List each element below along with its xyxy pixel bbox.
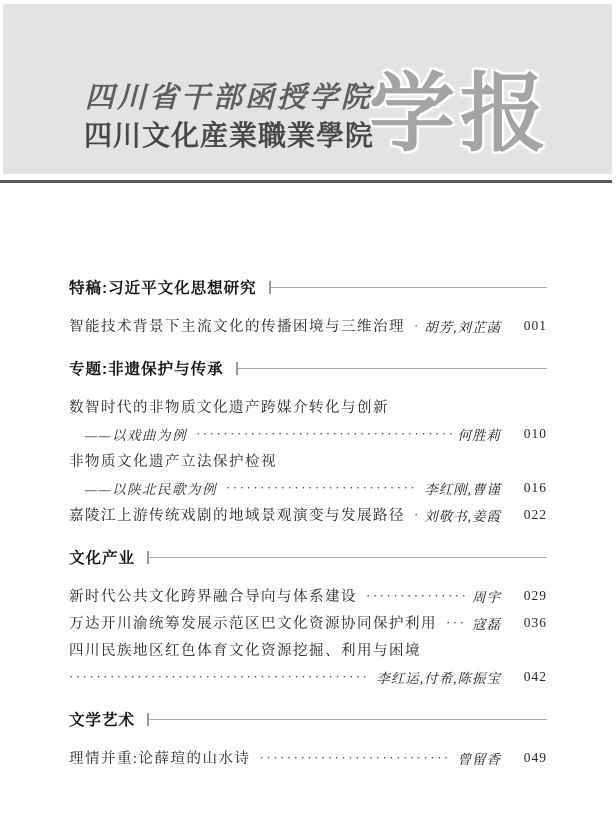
- section-title: 特稿:习近平文化思想研究: [69, 276, 257, 298]
- article-subtitle-line: ——以陕北民歌为例 ······························…: [69, 474, 547, 501]
- section-header: 文学艺术: [69, 708, 547, 730]
- article-row: 智能技术背景下主流文化的传播困境与三维治理 ··················…: [69, 312, 547, 339]
- article-continuation-line: ········································…: [69, 663, 547, 690]
- leader-dots: ········································…: [196, 426, 451, 442]
- article-page-number: 016: [513, 480, 547, 496]
- section-special-feature: 特稿:习近平文化思想研究 智能技术背景下主流文化的传播困境与三维治理 ·····…: [69, 276, 547, 339]
- leader-dots: ········································…: [260, 750, 452, 766]
- section-title: 文学艺术: [69, 708, 135, 730]
- article-authors: 刘敬书,姜霞: [424, 505, 501, 525]
- institution-calligraphy-line2: 四川文化産業職業學院: [81, 118, 377, 155]
- leader-dots: ········································…: [226, 480, 418, 496]
- section-title: 专题:非遗保护与传承: [69, 357, 224, 379]
- article-title: 嘉陵江上游传统戏剧的地域景观演变与发展路径: [69, 504, 405, 525]
- masthead-band: 四川省干部函授学院 四川文化産業職業學院 学报: [3, 4, 612, 174]
- article-row: 四川民族地区红色体育文化资源挖掘、利用与困境 ·················…: [69, 636, 547, 690]
- article-title: 非物质文化遗产立法保护检视: [69, 450, 277, 471]
- article-authors: 胡芳,刘芷菡: [424, 316, 501, 336]
- article-page-number: 029: [513, 588, 547, 604]
- section-literature-art: 文学艺术 理情并重:论薛瑄的山水诗 ······················…: [69, 708, 547, 771]
- table-of-contents: 特稿:习近平文化思想研究 智能技术背景下主流文化的传播困境与三维治理 ·····…: [69, 183, 547, 771]
- article-subtitle: ——以陕北民歌为例: [69, 478, 217, 498]
- section-cultural-industry: 文化产业 新时代公共文化跨界融合导向与体系建设 ················…: [69, 546, 547, 690]
- article-row: 理情并重:论薛瑄的山水诗 ···························…: [69, 744, 547, 771]
- article-page-number: 010: [513, 426, 547, 442]
- leader-dots: ········································…: [366, 588, 466, 604]
- leader-dots: ········································…: [446, 615, 466, 631]
- article-authors: 李红运,付希,陈振宝: [376, 667, 501, 687]
- article-authors: 寇磊: [472, 613, 501, 633]
- article-page-number: 036: [513, 615, 547, 631]
- article-title: 数智时代的非物质文化遗产跨媒介转化与创新: [69, 396, 389, 417]
- section-rule: [147, 551, 547, 564]
- masthead: 四川省干部函授学院 四川文化産業職業學院: [81, 78, 377, 155]
- leader-dots: ········································…: [414, 318, 418, 334]
- section-header: 特稿:习近平文化思想研究: [69, 276, 547, 298]
- institution-calligraphy-line1: 四川省干部函授学院: [81, 78, 377, 118]
- article-title: 新时代公共文化跨界融合导向与体系建设: [69, 585, 357, 606]
- article-row: 非物质文化遗产立法保护检视 ——以陕北民歌为例 ················…: [69, 447, 547, 501]
- article-title-line: 四川民族地区红色体育文化资源挖掘、利用与困境: [69, 636, 547, 663]
- section-heritage: 专题:非遗保护与传承 数智时代的非物质文化遗产跨媒介转化与创新 ——以戏曲为例 …: [69, 357, 547, 528]
- article-title: 理情并重:论薛瑄的山水诗: [69, 747, 251, 768]
- article-authors: 周宇: [472, 586, 501, 606]
- article-title: 四川民族地区红色体育文化资源挖掘、利用与困境: [69, 639, 421, 660]
- leader-dots: ········································…: [69, 669, 370, 685]
- article-authors: 曾留香: [458, 748, 502, 768]
- article-page-number: 022: [513, 507, 547, 523]
- article-row: 新时代公共文化跨界融合导向与体系建设 ·····················…: [69, 582, 547, 609]
- section-header: 专题:非遗保护与传承: [69, 357, 547, 379]
- section-rule: [147, 713, 547, 726]
- article-page-number: 001: [513, 318, 547, 334]
- leader-dots: ········································…: [414, 507, 418, 523]
- article-subtitle-line: ——以戏曲为例 ································…: [69, 420, 547, 447]
- article-page-number: 042: [513, 669, 547, 685]
- article-authors: 李红刚,曹谨: [424, 478, 501, 498]
- section-header: 文化产业: [69, 546, 547, 568]
- journal-title: 学报: [369, 66, 551, 162]
- section-title: 文化产业: [69, 546, 135, 568]
- article-authors: 何胜莉: [458, 424, 502, 444]
- article-row: 数智时代的非物质文化遗产跨媒介转化与创新 ——以戏曲为例 ···········…: [69, 393, 547, 447]
- article-row: 万达开川渝统筹发展示范区巴文化资源协同保护利用 ················…: [69, 609, 547, 636]
- article-title-line: 数智时代的非物质文化遗产跨媒介转化与创新: [69, 393, 547, 420]
- article-row: 嘉陵江上游传统戏剧的地域景观演变与发展路径 ··················…: [69, 501, 547, 528]
- article-page-number: 049: [513, 750, 547, 766]
- article-title: 智能技术背景下主流文化的传播困境与三维治理: [69, 315, 405, 336]
- section-rule: [236, 362, 547, 375]
- journal-toc-page: 四川省干部函授学院 四川文化産業職業學院 学报 特稿:习近平文化思想研究 智能技…: [0, 0, 616, 826]
- section-rule: [269, 281, 547, 294]
- article-subtitle: ——以戏曲为例: [69, 424, 187, 444]
- article-title: 万达开川渝统筹发展示范区巴文化资源协同保护利用: [69, 612, 437, 633]
- article-title-line: 非物质文化遗产立法保护检视: [69, 447, 547, 474]
